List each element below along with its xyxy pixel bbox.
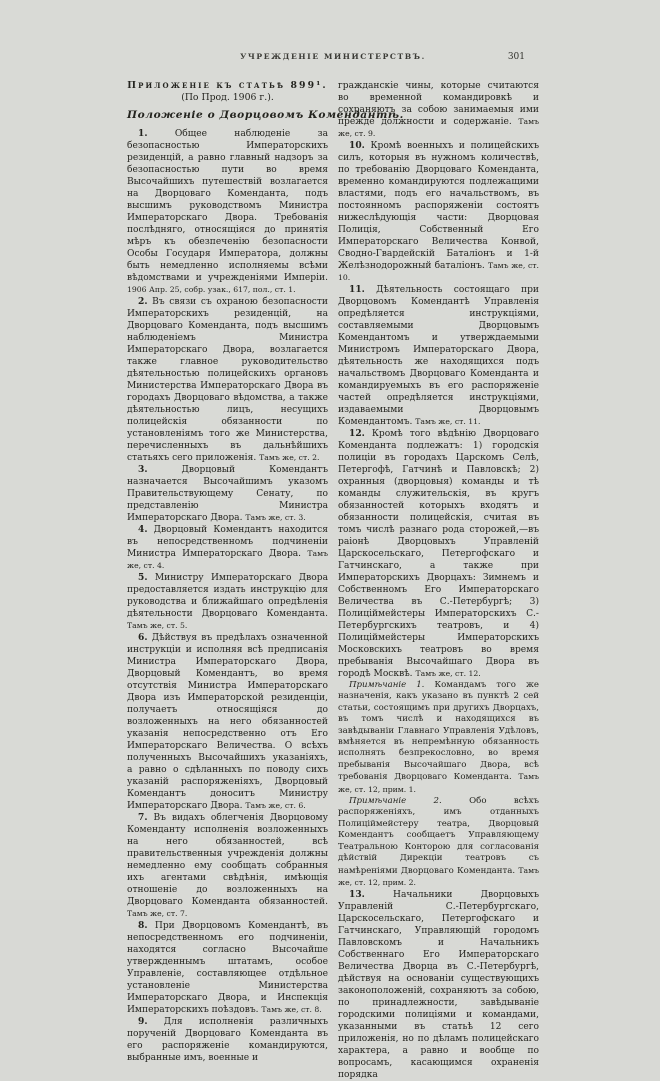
paragraph-text: Общее наблюденіе за безопасностью Импера… xyxy=(127,129,328,283)
paragraph-number: 11. xyxy=(349,284,365,295)
appendix-title: Приложеніе къ статьѣ 899¹. xyxy=(127,80,328,91)
paragraph-13: 13. Начальники Дворцовыхъ Управленій С.-… xyxy=(338,889,539,900)
paragraph-3: 3. Дворцовый Комендантъ назначается Высо… xyxy=(127,464,328,524)
paragraph-number: 12. xyxy=(349,428,365,439)
paragraph-text: Кромѣ того вѣдѣнію Дворцоваго Коменданта… xyxy=(338,429,539,679)
paragraph-text: Начальники Дворцовыхъ Управленій С.-Пете… xyxy=(338,890,539,900)
paragraph-7: 7. Въ видахъ облегченія Дворцовому Комен… xyxy=(127,812,328,900)
page-header: УЧРЕЖДЕНІЕ МИНИСТЕРСТВЪ. 301 xyxy=(127,52,539,68)
paragraph-citation: Тамъ же, ст. 2. xyxy=(259,453,319,462)
paragraph-citation: Тамъ же, ст. 6. xyxy=(245,801,305,810)
paragraph-4: 4. Дворцовый Комендантъ находится въ неп… xyxy=(127,524,328,572)
paragraph-citation: Тамъ же, ст. 12. xyxy=(415,669,480,678)
paragraph-text: гражданскіе чины, которые считаются во в… xyxy=(338,81,539,127)
paragraph-citation: 1906 Апр. 25, собр. узак., 617, пол., ст… xyxy=(127,285,296,294)
paragraph-text: Дѣятельность состоящаго при Дворцовомъ К… xyxy=(338,285,539,427)
paragraph-citation: Тамъ же, ст. 11. xyxy=(415,417,480,426)
paragraph-number: 13. xyxy=(349,889,365,900)
title-block: Приложеніе къ статьѣ 899¹. (По Прод. 190… xyxy=(127,80,328,121)
paragraph-citation: Тамъ же, ст. 3. xyxy=(245,513,305,522)
paragraph-2: 2. Въ связи съ охраною безопасности Импе… xyxy=(127,296,328,464)
left-column: Приложеніе къ статьѣ 899¹. (По Прод. 190… xyxy=(127,80,328,900)
right-column: гражданскіе чины, которые считаются во в… xyxy=(338,80,539,900)
paragraph-text: Въ связи съ охраною безопасности Императ… xyxy=(127,297,328,463)
paragraph-9-continuation: гражданскіе чины, которые считаются во в… xyxy=(338,80,539,140)
statute-subtitle: Положеніе о Дворцовомъ Комендантѣ. xyxy=(127,109,328,121)
paragraph-number: 2. xyxy=(138,296,148,307)
paragraph-text: Кромѣ военныхъ и полицейскихъ силъ, кото… xyxy=(338,141,539,271)
paragraph-11: 11. Дѣятельность состоящаго при Дворцово… xyxy=(338,284,539,428)
page-number: 301 xyxy=(508,52,525,62)
paragraph-6: 6. Дѣйствуя въ предѣлахъ означенной инст… xyxy=(127,632,328,812)
note-1: Примѣчаніе 1. Командамъ того же назначен… xyxy=(338,680,539,796)
paragraph-12: 12. Кромѣ того вѣдѣнію Дворцоваго Коменд… xyxy=(338,428,539,680)
paragraph-number: 6. xyxy=(138,632,148,643)
paragraph-text: Въ видахъ облегченія Дворцовому Комендан… xyxy=(127,813,328,900)
paragraph-text: Министру Императорскаго Двора предоставл… xyxy=(127,573,328,619)
paragraph-number: 4. xyxy=(138,524,148,535)
paragraph-number: 1. xyxy=(138,128,148,139)
paragraph-text: Командамъ того же назначенія, какъ указа… xyxy=(338,680,539,782)
paragraph-text: Обо всѣхъ распоряженіяхъ, имъ отданныхъ … xyxy=(338,796,539,875)
scanned-book-page: УЧРЕЖДЕНІЕ МИНИСТЕРСТВЪ. 301 Приложеніе … xyxy=(0,0,660,900)
paragraph-citation: Тамъ же, ст. 5. xyxy=(127,621,187,630)
paragraph-number: 10. xyxy=(349,140,365,151)
page-content: УЧРЕЖДЕНІЕ МИНИСТЕРСТВЪ. 301 Приложеніе … xyxy=(127,52,539,900)
note-label: Примѣчаніе 2. xyxy=(349,796,442,806)
paragraph-number: 5. xyxy=(138,572,148,583)
paragraph-1: 1. Общее наблюденіе за безопасностью Имп… xyxy=(127,128,328,296)
edition-line: (По Прод. 1906 г.). xyxy=(127,92,328,103)
paragraph-number: 3. xyxy=(138,464,148,475)
note-label: Примѣчаніе 1. xyxy=(349,680,424,690)
running-title: УЧРЕЖДЕНІЕ МИНИСТЕРСТВЪ. xyxy=(127,52,539,61)
paragraph-number: 7. xyxy=(138,812,148,823)
paragraph-10: 10. Кромѣ военныхъ и полицейскихъ силъ, … xyxy=(338,140,539,284)
note-2: Примѣчаніе 2. Обо всѣхъ распоряженіяхъ, … xyxy=(338,796,539,889)
text-columns: Приложеніе къ статьѣ 899¹. (По Прод. 190… xyxy=(127,80,539,900)
paragraph-5: 5. Министру Императорскаго Двора предост… xyxy=(127,572,328,632)
paragraph-text: Дѣйствуя въ предѣлахъ означенной инструк… xyxy=(127,633,328,811)
paragraph-text: Дворцовый Комендантъ находится въ непоср… xyxy=(127,525,328,559)
